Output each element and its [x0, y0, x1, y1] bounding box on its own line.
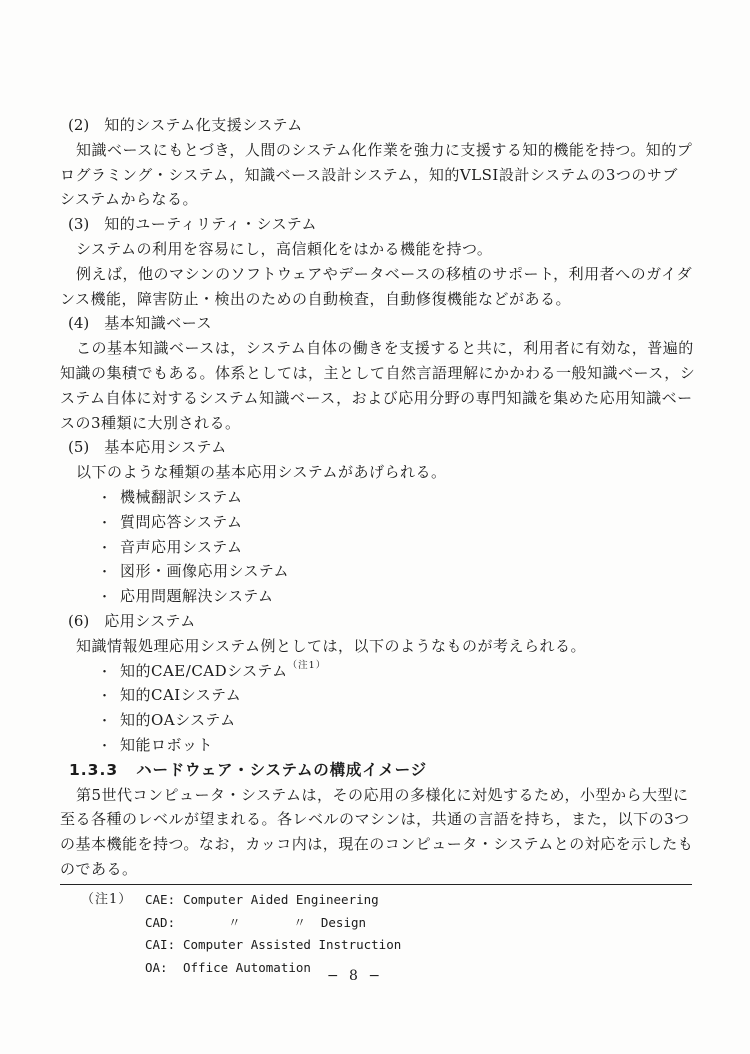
item-number: (4) — [68, 311, 89, 336]
paragraph-line: 以下のような種類の基本応用システムがあげられる。 — [60, 460, 696, 485]
footnote-row: CAD: 〃 〃 Design — [60, 912, 692, 935]
item-title: 応用システム — [104, 612, 196, 630]
paragraph-line: ステム自体に対するシステム知識ベース，および応用分野の専門知識を集めた応用知識ベ… — [60, 386, 696, 411]
list-item-label: 質問応答システム — [120, 513, 243, 531]
footnote-note-label — [60, 912, 145, 935]
footnote-text: Computer Assisted Instruction — [183, 934, 401, 957]
item-title: 基本応用システム — [104, 438, 227, 456]
page-number: − 8 − — [60, 968, 650, 984]
footnote-divider — [60, 884, 692, 885]
list-item-label: 図形・画像応用システム — [120, 562, 289, 580]
item-heading: (4)基本知識ベース — [60, 311, 696, 336]
bullet-icon: ・ — [98, 685, 120, 710]
section-heading: 1.3.3ハードウェア・システムの構成イメージ — [60, 758, 696, 783]
paragraph-line: 知識の集積でもある。体系としては，主として自然言語理解にかかわる一般知識ベース，… — [60, 361, 696, 386]
item-title: ハードウェア・システムの構成イメージ — [136, 761, 427, 779]
item-title: 知的ユーティリティ・システム — [104, 215, 317, 233]
footnote-note-label — [60, 934, 145, 957]
paragraph-line: 知識ベースにもとづき，人間のシステム化作業を強力に支援する知的機能を持つ。知的プ — [60, 138, 696, 163]
bullet-icon: ・ — [98, 561, 120, 586]
list-item: ・応用問題解決システム — [60, 584, 696, 609]
footnote-abbr: CAD: — [145, 912, 183, 935]
footnote-text: 〃 〃 Design — [183, 912, 366, 935]
item-number: (3) — [68, 212, 89, 237]
footnote-reference: （注1） — [288, 660, 327, 671]
item-heading: (6)応用システム — [60, 609, 696, 634]
paragraph-line: この基本知識ベースは，システム自体の働きを支援すると共に，利用者に有効な，普遍的 — [60, 336, 696, 361]
footnote-abbr: CAE: — [145, 889, 183, 912]
paragraph-line: 例えば，他のマシンのソフトウェアやデータベースの移植のサポート，利用者へのガイダ — [60, 262, 696, 287]
bullet-icon: ・ — [98, 512, 120, 537]
item-title: 基本知識ベース — [104, 314, 212, 332]
list-item-label: 知的OAシステム — [120, 711, 236, 729]
footnote-row: CAI:Computer Assisted Instruction — [60, 934, 692, 957]
item-number: (5) — [68, 435, 89, 460]
paragraph-line: 知識情報処理応用システム例としては，以下のようなものが考えられる。 — [60, 634, 696, 659]
scanned-document-page: (2)知的システム化支援システム知識ベースにもとづき，人間のシステム化作業を強力… — [0, 0, 750, 1054]
list-item: ・知的CAE/CADシステム（注1） — [60, 659, 696, 684]
list-item: ・音声応用システム — [60, 535, 696, 560]
item-number: (6) — [68, 609, 89, 634]
paragraph-line: スの3種類に大別される。 — [60, 411, 696, 436]
paragraph-line: 至る各種のレベルが望まれる。各レベルのマシンは，共通の言語を持ち，また，以下の3… — [60, 807, 696, 832]
bullet-icon: ・ — [98, 537, 120, 562]
list-item: ・知能ロボット — [60, 733, 696, 758]
bullet-icon: ・ — [98, 735, 120, 760]
footnote-abbr: CAI: — [145, 934, 183, 957]
list-item-label: 知能ロボット — [120, 736, 213, 754]
paragraph-line: 第5世代コンピュータ・システムは，その応用の多様化に対処するため，小型から大型に — [60, 783, 696, 808]
list-item: ・知的CAIシステム — [60, 683, 696, 708]
bullet-icon: ・ — [98, 487, 120, 512]
paragraph-line: ンス機能，障害防止・検出のための自動検査，自動修復機能などがある。 — [60, 287, 696, 312]
paragraph-line: システムの利用を容易にし，高信頼化をはかる機能を持つ。 — [60, 237, 696, 262]
list-item-label: 音声応用システム — [120, 538, 243, 556]
bullet-icon: ・ — [98, 710, 120, 735]
list-item-label: 機械翻訳システム — [120, 488, 243, 506]
document-body: (2)知的システム化支援システム知識ベースにもとづき，人間のシステム化作業を強力… — [60, 113, 696, 882]
paragraph-line: ログラミング・システム，知識ベース設計システム，知的VLSI設計システムの3つの… — [60, 163, 696, 188]
list-item: ・図形・画像応用システム — [60, 559, 696, 584]
item-number: 1.3.3 — [69, 758, 118, 783]
list-item: ・機械翻訳システム — [60, 485, 696, 510]
paragraph-line: のである。 — [60, 857, 696, 882]
footnote-row: （注1）CAE:Computer Aided Engineering — [60, 889, 692, 912]
footnote-text: Computer Aided Engineering — [183, 889, 379, 912]
paragraph-line: の基本機能を持つ。なお，カッコ内は，現在のコンピュータ・システムとの対応を示した… — [60, 832, 696, 857]
list-item-label: 応用問題解決システム — [120, 587, 274, 605]
paragraph-line: システムからなる。 — [60, 187, 696, 212]
bullet-icon: ・ — [98, 661, 120, 686]
footnote-rows: （注1）CAE:Computer Aided EngineeringCAD: 〃… — [60, 889, 692, 979]
item-heading: (2)知的システム化支援システム — [60, 113, 696, 138]
item-title: 知的システム化支援システム — [104, 116, 303, 134]
item-heading: (5)基本応用システム — [60, 435, 696, 460]
footnote: （注1）CAE:Computer Aided EngineeringCAD: 〃… — [60, 884, 692, 979]
footnote-note-label: （注1） — [60, 889, 145, 912]
list-item-label: 知的CAIシステム — [120, 686, 241, 704]
item-heading: (3)知的ユーティリティ・システム — [60, 212, 696, 237]
list-item-label: 知的CAE/CADシステム — [120, 662, 288, 680]
bullet-icon: ・ — [98, 586, 120, 611]
item-number: (2) — [68, 113, 89, 138]
list-item: ・質問応答システム — [60, 510, 696, 535]
list-item: ・知的OAシステム — [60, 708, 696, 733]
